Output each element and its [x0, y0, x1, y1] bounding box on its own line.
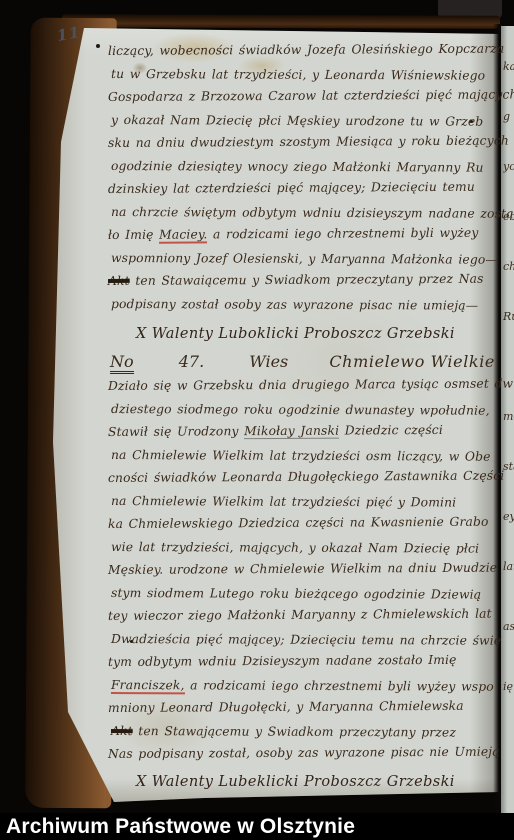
manuscript-line: tey wieczor ziego Małżonki Maryanny z Ch…: [108, 603, 484, 628]
heading-no-label: No: [110, 352, 134, 374]
underlined-name-maciey: Maciey.: [159, 227, 207, 243]
edge-text-fragment: as: [503, 620, 514, 634]
pencil-underlined-name: Mikołay Janski: [244, 424, 339, 440]
manuscript-line: ka Chmielewskiego Dziedzica części na Kw…: [108, 511, 484, 536]
archive-watermark-bar: Archiwum Państwowe w Olsztynie: [0, 813, 514, 840]
edge-text-fragment: ey: [503, 510, 514, 524]
manuscript-line: sku na dniu dwudziestym szostym Miesiąca…: [108, 130, 484, 155]
manuscript-line: podpisany został osoby zas wyrazone pisa…: [111, 293, 484, 318]
edge-text-fragment: ka: [503, 60, 514, 74]
manuscript-line: Stawił się Urodzony Mikołay Janski Dzied…: [108, 419, 484, 444]
book-cover-top-edge: [62, 14, 500, 29]
edge-text-fragment: me: [503, 410, 514, 424]
manuscript-line: Męskiey. urodzone w Chmielewie Wielkim n…: [108, 557, 484, 582]
ink-speck: [96, 44, 100, 48]
struck-word: Akt: [108, 274, 130, 288]
manuscript-line: tym odbytym wdniu Dzisieyszym nadane zos…: [108, 649, 484, 674]
line-text: Stawił się Urodzony: [108, 424, 244, 439]
archive-name-label: Archiwum Państwowe w Olsztynie: [6, 815, 355, 838]
manuscript-line: cności świadków Leonarda Długołęckiego Z…: [108, 465, 484, 490]
edge-text-fragment: g: [503, 110, 514, 124]
manuscript-line: Działo się w Grzebsku dnia drugiego Marc…: [108, 373, 484, 398]
heading-village-word: Wies: [249, 352, 288, 371]
edge-text-fragment: sta: [503, 460, 514, 474]
line-text: ło Imię: [108, 228, 159, 242]
record-2: Działo się w Grzebsku dnia drugiego Marc…: [108, 375, 484, 794]
line-text: ten Stawaiącemu y Swiadkom przeczytany p…: [130, 272, 484, 288]
line-text: ten Stawającemu y Swiadkom przeczytany p…: [133, 724, 456, 739]
record-1: liczący, wobecności świadków Jozefa Oles…: [108, 40, 484, 346]
edge-text-fragment: ych: [503, 160, 514, 174]
manuscript-line: mniony Leonard Długołęcki, y Maryanna Ch…: [108, 695, 484, 720]
manuscript-line: Nas podpisany został, osoby zas wyrazone…: [108, 741, 484, 766]
edge-text-fragment: ch: [503, 260, 514, 274]
record-heading: No 47. Wies Chmielewo Wielkie: [108, 348, 484, 375]
line-text: a rodzicami iego chrzestnemi byli wyżey …: [185, 678, 494, 693]
edge-text-fragment: Ru: [503, 310, 514, 324]
priest-signature: X Walenty Luboklicki Proboszcz Grzebski: [136, 322, 484, 346]
manuscript-line: liczący, wobecności świadków Jozefa Oles…: [108, 38, 484, 63]
edge-text-fragment: ię: [503, 680, 514, 694]
edge-text-fragment: lat: [503, 560, 514, 574]
line-text: Dziedzic części: [339, 423, 443, 438]
manuscript-line: Gospodarza z Brzozowa Czarow lat czterdz…: [108, 84, 484, 109]
manuscript-line: dzinskiey lat czterdzieści pięć mającey;…: [108, 176, 484, 201]
manuscript-text: liczący, wobecności świadków Jozefa Oles…: [108, 40, 484, 796]
priest-signature: X Walenty Lubeklicki Proboszcz Grzebski: [136, 770, 484, 794]
heading-village-name: Chmielewo Wielkie: [329, 352, 495, 371]
heading-record-number: 47.: [179, 352, 204, 371]
struck-word: Akt: [111, 724, 133, 738]
underlined-name-franciszek: Franciszek,: [111, 678, 185, 694]
line-text: a rodzicami iego chrzestnemi byli wyżey: [207, 226, 478, 242]
manuscript-line-name-maciey: ło Imię Maciey. a rodzicami iego chrzest…: [108, 222, 484, 247]
manuscript-line: Akt ten Stawaiącemu y Swiadkom przeczyta…: [108, 268, 484, 293]
archive-scan: ka g ych eb ch Ru me sta ey lat as ię 11…: [0, 0, 514, 840]
